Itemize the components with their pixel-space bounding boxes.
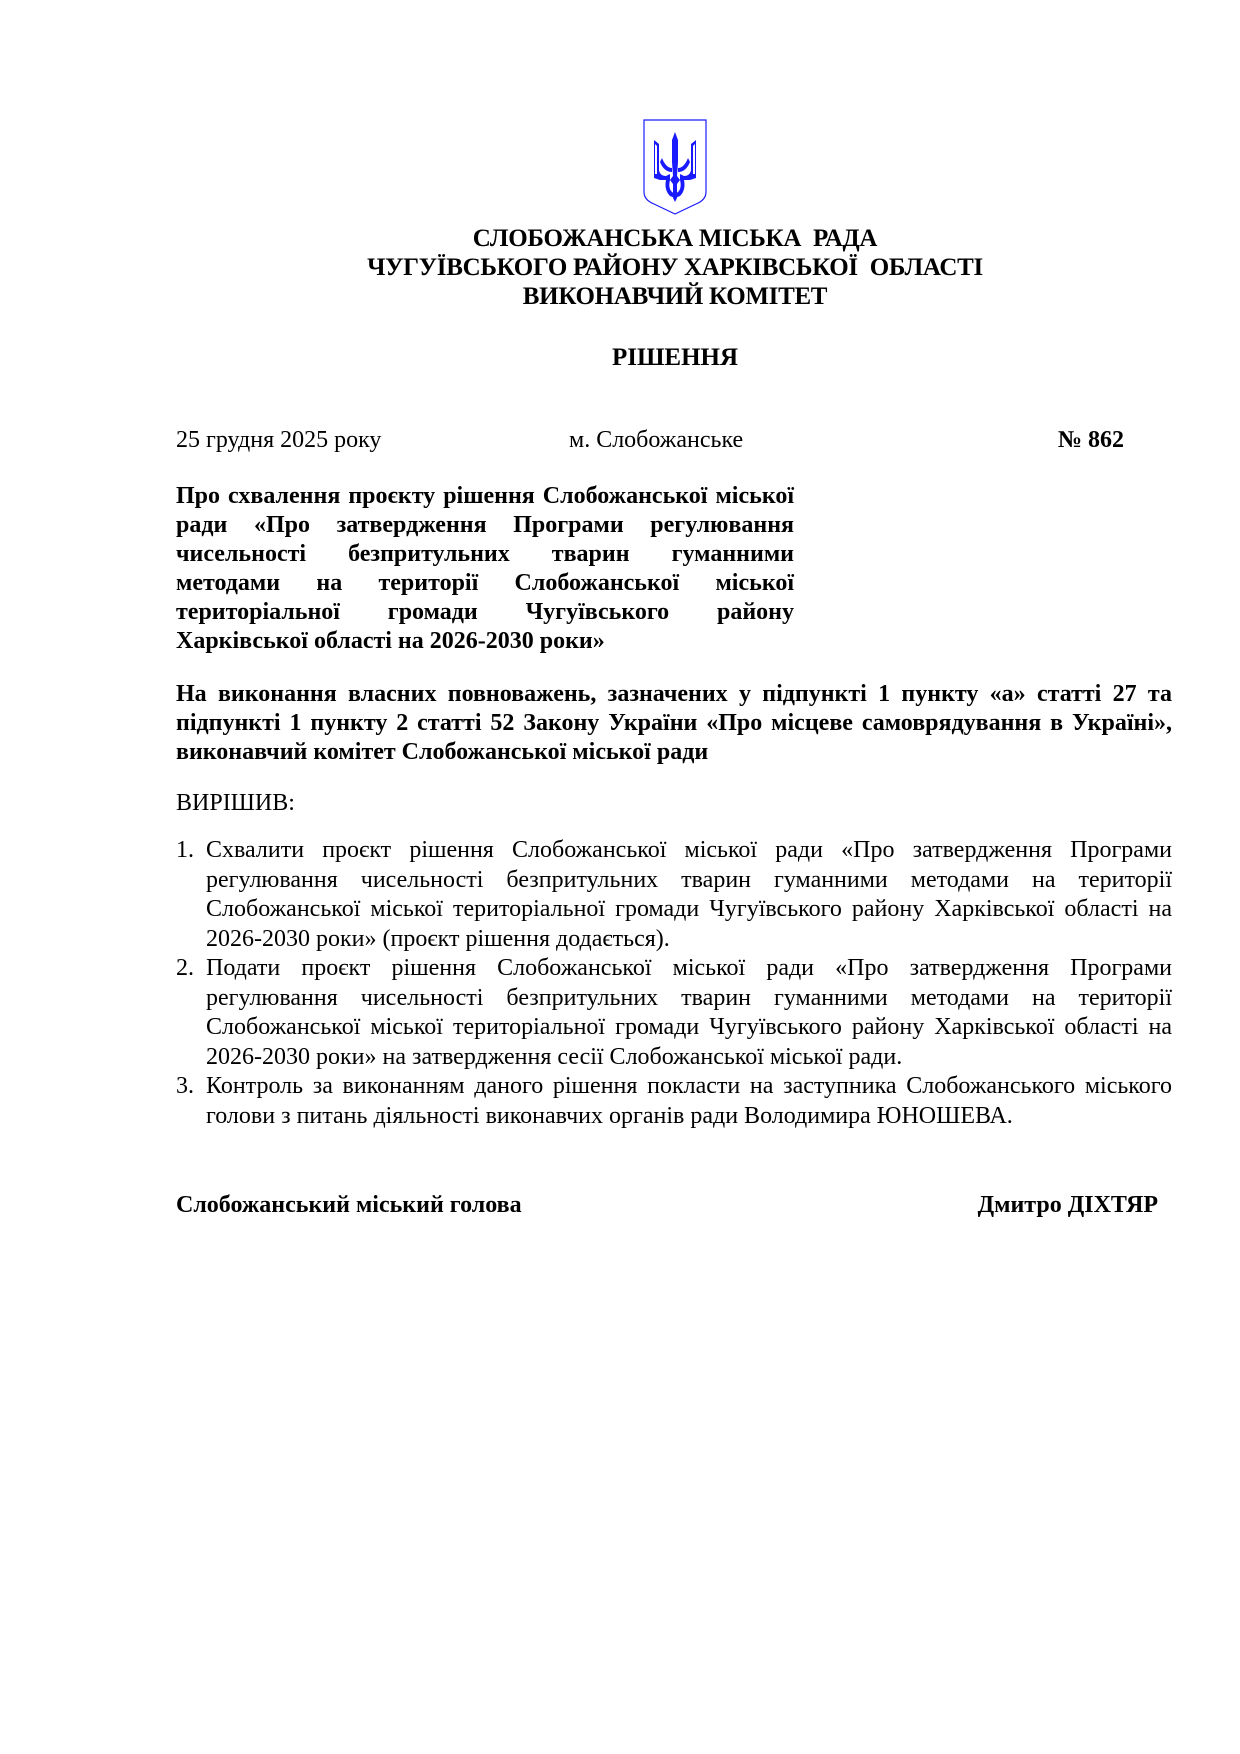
- decision-preamble: На виконання власних повноважень, зазнач…: [176, 680, 1172, 767]
- decision-items-list: 1. Схвалити проєкт рішення Слобожанської…: [176, 836, 1172, 1131]
- signature-block: Слобожанський міський голова Дмитро ДІХТ…: [176, 1192, 1158, 1222]
- document-place: м. Слобожанське: [569, 427, 743, 454]
- document-date: 25 грудня 2025 року: [176, 427, 381, 454]
- executive-committee: ВИКОНАВЧИЙ КОМІТЕТ: [0, 282, 1240, 311]
- decision-item: 2. Подати проєкт рішення Слобожанської м…: [176, 954, 1172, 1072]
- decision-item: 3. Контроль за виконанням даного рішення…: [176, 1072, 1172, 1131]
- item-text: Контроль за виконанням даного рішення по…: [206, 1073, 1172, 1129]
- signatory-name: Дмитро ДІХТЯР: [978, 1192, 1158, 1219]
- document-number: № 862: [1058, 427, 1124, 454]
- item-text: Подати проєкт рішення Слобожанської місь…: [206, 955, 1172, 1070]
- signatory-role: Слобожанський міський голова: [176, 1192, 522, 1219]
- document-type-title: РІШЕННЯ: [0, 344, 1240, 372]
- document-page: СЛОБОЖАНСЬКА МІСЬКА РАДА ЧУГУЇВСЬКОГО РА…: [0, 0, 1240, 1754]
- issuer-header: СЛОБОЖАНСЬКА МІСЬКА РАДА ЧУГУЇВСЬКОГО РА…: [0, 224, 1240, 311]
- coat-of-arms-icon: [642, 118, 708, 216]
- decided-label: ВИРІШИВ:: [176, 790, 295, 817]
- item-text: Схвалити проєкт рішення Слобожанської мі…: [206, 837, 1172, 952]
- decision-subject: Про схвалення проєкту рішення Слобожансь…: [176, 482, 794, 656]
- item-number: 2.: [176, 954, 194, 984]
- item-number: 1.: [176, 836, 194, 866]
- item-number: 3.: [176, 1072, 194, 1102]
- district-region: ЧУГУЇВСЬКОГО РАЙОНУ ХАРКІВСЬКОЇ ОБЛАСТІ: [0, 253, 1240, 282]
- document-meta-row: 25 грудня 2025 року м. Слобожанське № 86…: [176, 427, 1124, 457]
- council-name: СЛОБОЖАНСЬКА МІСЬКА РАДА: [0, 224, 1240, 253]
- decision-item: 1. Схвалити проєкт рішення Слобожанської…: [176, 836, 1172, 954]
